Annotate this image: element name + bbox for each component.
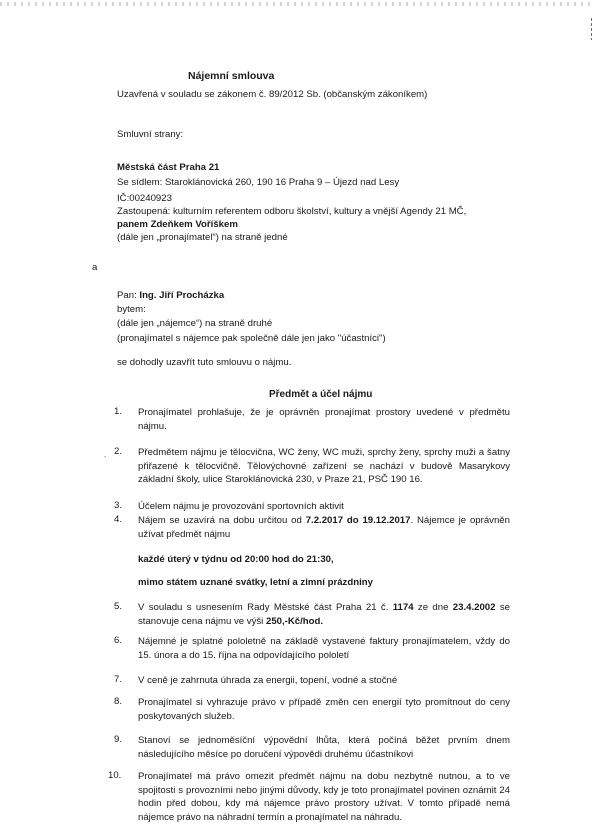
contract-item: 8. Pronajímatel si vyhrazuje právo v pří… <box>114 696 510 723</box>
contract-item: 5. V souladu s usnesením Rady Městské čá… <box>114 601 510 628</box>
contract-item: 10. Pronajímatel má právo omezit předmět… <box>108 770 510 824</box>
date-from: 7.2.2017 <box>306 515 343 526</box>
item-number: 8. <box>114 696 134 707</box>
item-text: Pronajímatel má právo omezit předmět náj… <box>138 770 510 824</box>
tenant-role: (dále jen „nájemce“) na straně druhé <box>117 318 272 329</box>
item-text-part: Nájem se uzavírá na dobu určitou od <box>138 515 306 526</box>
item-number: 5. <box>114 601 134 612</box>
scan-artifact-top <box>0 2 594 6</box>
tenant-name-line: Pan: Ing. Jiří Procházka <box>117 290 224 301</box>
conjunction: a <box>92 262 97 273</box>
item-number: 3. <box>114 500 134 511</box>
item-text: Pronajímatel prohlašuje, že je oprávněn … <box>138 406 510 433</box>
contract-item: 4. Nájem se uzavírá na dobu určitou od 7… <box>114 514 510 541</box>
item-number: 7. <box>114 674 134 685</box>
contract-item: 7. V ceně je zahrnuta úhrada za energii,… <box>114 674 510 688</box>
landlord-ico: IČ:00240923 <box>117 193 172 204</box>
tenant-name: Ing. Jiří Procházka <box>139 290 224 301</box>
landlord-name: Městská část Praha 21 <box>117 162 219 173</box>
item-number: 6. <box>114 635 134 646</box>
contract-item: 2. Předmětem nájmu je tělocvična, WC žen… <box>114 446 510 487</box>
item-number: 10. <box>108 770 128 781</box>
item-text: Stanoví se jednoměsíční výpovědní lhůta,… <box>138 734 510 761</box>
parties-intro: Smluvní strany: <box>117 129 183 140</box>
date-to: 19.12.2017 <box>362 515 410 526</box>
tenant-prefix: Pan: <box>117 290 139 301</box>
item-text: Účelem nájmu je provozování sportovních … <box>138 500 510 514</box>
date-separator: do <box>343 515 362 526</box>
contract-item: 6. Nájemné je splatné pololetně na zákla… <box>114 635 510 662</box>
parties-note: (pronajímatel s nájemce pak společně dál… <box>117 333 386 344</box>
contract-item: 3. Účelem nájmu je provozování sportovní… <box>114 500 510 514</box>
document-subtitle: Uzavřená v souladu se zákonem č. 89/2012… <box>117 89 427 100</box>
item-text-part: ze dne <box>414 602 453 613</box>
contract-item: 9. Stanoví se jednoměsíční výpovědní lhů… <box>114 734 510 761</box>
item-text: Pronajímatel si vyhrazuje právo v případ… <box>138 696 510 723</box>
rental-schedule: každé úterý v týdnu od 20:00 hod do 21:3… <box>138 554 334 565</box>
section-heading: Předmět a účel nájmu <box>269 389 372 400</box>
item-text: V ceně je zahrnuta úhrada za energii, to… <box>138 674 510 688</box>
landlord-representative: panem Zdeňkem Voříškem <box>117 219 238 230</box>
resolution-number: 1174 <box>393 602 414 613</box>
rental-price: 250,-Kč/hod. <box>266 616 323 627</box>
scanned-page: Nájemní smlouva Uzavřená v souladu se zá… <box>0 0 594 840</box>
scan-artifact-right <box>591 18 592 40</box>
item-number: 4. <box>114 514 134 525</box>
document-title: Nájemní smlouva <box>188 70 274 82</box>
scan-speck: . <box>104 450 106 459</box>
item-number: 9. <box>114 734 134 745</box>
agreement-statement: se dohodly uzavřít tuto smlouvu o nájmu. <box>117 357 291 368</box>
resolution-date: 23.4.2002 <box>453 602 496 613</box>
landlord-represented-by: Zastoupená: kulturním referentem odboru … <box>117 206 466 217</box>
tenant-residence: bytem: <box>117 304 146 315</box>
item-text: Nájemné je splatné pololetně na základě … <box>138 635 510 662</box>
item-number: 2. <box>114 446 134 457</box>
item-number: 1. <box>114 406 134 417</box>
landlord-address: Se sídlem: Staroklánovická 260, 190 16 P… <box>117 177 399 188</box>
landlord-role: (dále jen „pronajímatel“) na straně jedn… <box>117 232 288 243</box>
item-text: V souladu s usnesením Rady Městské část … <box>138 601 510 628</box>
item-text-part: V souladu s usnesením Rady Městské část … <box>138 602 393 613</box>
contract-item: 1. Pronajímatel prohlašuje, že je oprávn… <box>114 406 510 433</box>
item-text: Nájem se uzavírá na dobu určitou od 7.2.… <box>138 514 510 541</box>
rental-exceptions: mimo státem uznané svátky, letní a zimní… <box>138 577 373 588</box>
item-text: Předmětem nájmu je tělocvična, WC ženy, … <box>138 446 510 487</box>
representative-name: panem Zdeňkem Voříškem <box>117 219 238 230</box>
